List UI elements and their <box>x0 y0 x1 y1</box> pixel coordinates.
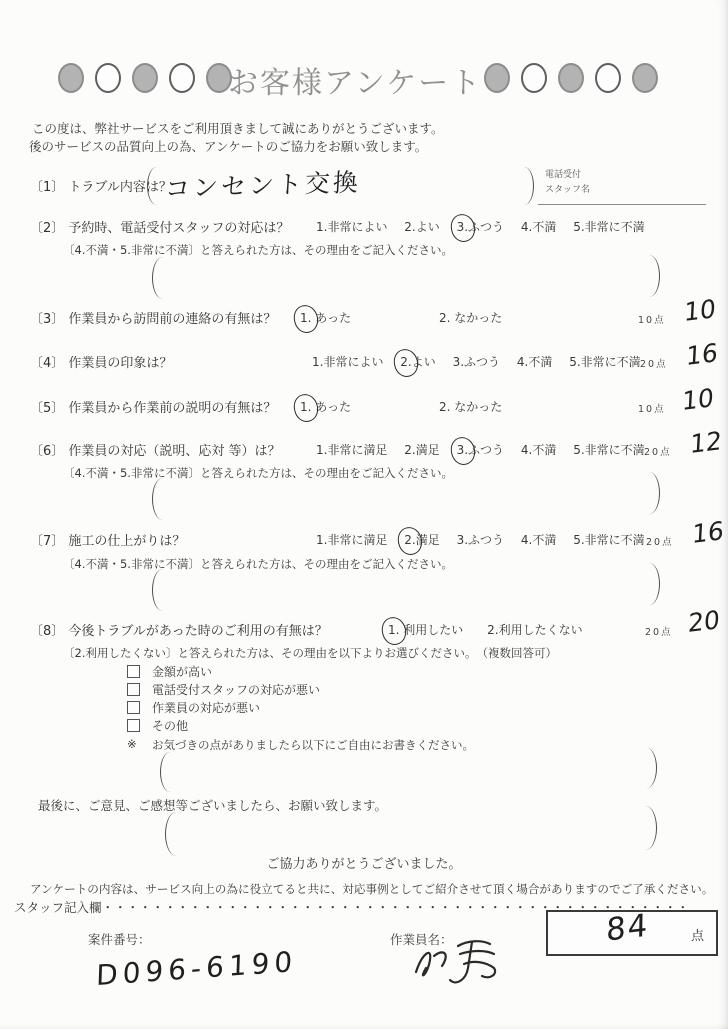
staff-name-label: スタッフ名 <box>545 184 590 197</box>
q5-option-2: 2. なかった <box>439 400 502 414</box>
q7-handwritten-score: 16 <box>691 516 724 549</box>
decorative-dots-right <box>484 63 658 93</box>
thanks-message: ご協力ありがとうございました。 <box>0 853 728 872</box>
handwritten-case-number: D096-6190 <box>96 945 298 992</box>
checkbox-phone-staff-bad-label: 電話受付スタッフの対応が悪い <box>152 681 320 698</box>
q5-option-1-circled: 1. あった <box>300 400 351 414</box>
q8-free-comment-writing-area-left <box>160 752 172 792</box>
question-2-options: 1.非常によい 2.よい 3.ふつう 4.不満 5.非常に不満 <box>316 218 658 235</box>
q4-handwritten-score: 16 <box>685 338 718 371</box>
q6-option-5: 5.非常に不満 <box>573 443 644 457</box>
answer-area-paren-right-q1 <box>522 167 534 205</box>
handwritten-trouble-answer: コンセント交換 <box>164 163 362 206</box>
checkbox-other <box>127 719 140 732</box>
question-6-label: 〔6〕 作業員の対応（説明、応対 等）は？ <box>30 440 281 459</box>
handwritten-total-score: 84 <box>606 907 650 949</box>
q8-free-comment-marker: ※ <box>127 737 137 751</box>
checkbox-other-label: その他 <box>152 717 188 734</box>
q4-option-5: 5.非常に不満 <box>569 355 640 369</box>
q7-option-3: 3.ふつう <box>457 533 504 547</box>
q2-option-2: 2.よい <box>404 220 439 234</box>
question-7-options: 1.非常に満足 2.満足 3.ふつう 4.不満 5.非常に不満 <box>316 531 658 548</box>
staff-entry-label: スタッフ記入欄 <box>14 900 102 915</box>
hand-drawn-circle: 2. <box>400 355 411 369</box>
checkbox-phone-staff-bad <box>127 683 140 696</box>
decorative-dots-left <box>58 63 232 93</box>
question-5-label: 〔5〕 作業員から作業前の説明の有無は？ <box>30 397 276 416</box>
dot-icon <box>595 63 621 93</box>
question-2-label: 〔2〕 予約時、電話受付スタッフの対応は？ <box>30 217 289 236</box>
q8-checkbox-row-other: その他 <box>127 717 188 734</box>
q7-option-4: 4.不満 <box>521 533 556 547</box>
question-6-options: 1.非常に満足 2.満足 3.ふつう 4.不満 5.非常に不満 <box>316 441 658 458</box>
checkbox-worker-bad <box>127 701 140 714</box>
q8-free-comment-note: お気づきの点がありましたら以下にご自由にお書きください。 <box>152 737 474 753</box>
answer-area-paren-left-q1 <box>147 167 159 205</box>
q7-reason-writing-area-right <box>648 563 660 605</box>
question-4-label: 〔4〕 作業員の印象は？ <box>30 352 172 371</box>
q7-reason-writing-area-left <box>152 569 164 611</box>
q8-checkbox-row-phone-staff: 電話受付スタッフの対応が悪い <box>127 681 320 698</box>
q8-points-label: 20点 <box>645 624 673 638</box>
dot-icon <box>132 63 158 93</box>
page-title: お客様アンケート <box>228 58 482 102</box>
staff-name-underline <box>538 204 706 205</box>
q6-reason-note: 〔4.不満・5.非常に不満〕と答えられた方は、その理由をご記入ください。 <box>63 465 453 481</box>
q4-option-3: 3.ふつう <box>453 355 500 369</box>
q3-points-label: 10点 <box>638 312 666 326</box>
q2-option-5: 5.非常に不満 <box>573 220 644 234</box>
total-score-box: 84 点 <box>546 910 718 956</box>
question-3-label: 〔3〕 作業員から訪問前の連絡の有無は？ <box>30 308 276 327</box>
disclaimer-text: アンケートの内容は、サービス向上の為に役立てると共に、対応事例としてご紹介させて… <box>30 881 713 897</box>
hand-drawn-circle: 3. <box>457 220 468 234</box>
q7-option-2-circled: 2.満足 <box>404 533 439 547</box>
q7-option-1: 1.非常に満足 <box>316 533 387 547</box>
q4-option-2-circled: 2.よい <box>400 355 435 369</box>
dot-icon <box>95 63 121 93</box>
q8-checkbox-row-high-price: 金額が高い <box>127 663 212 680</box>
question-8-options: 1. 利用したい 2.利用したくない <box>388 621 596 638</box>
q5-points-label: 10点 <box>638 401 666 415</box>
question-8-label: 〔8〕 今後トラブルがあった時のご利用の有無は？ <box>30 620 328 639</box>
dot-icon <box>632 63 658 93</box>
q2-reason-writing-area-left <box>152 257 164 299</box>
dot-icon <box>558 63 584 93</box>
hand-drawn-circle: 3. <box>457 443 468 457</box>
q4-option-4: 4.不満 <box>517 355 552 369</box>
dot-icon <box>521 63 547 93</box>
phone-reception-label: 電話受付 <box>545 169 581 182</box>
q2-reason-note: 〔4.不満・5.非常に不満〕と答えられた方は、その理由をご記入ください。 <box>63 242 453 258</box>
q3-option-2: 2. なかった <box>439 311 502 325</box>
final-comment-request: 最後に、ご意見、ご感想等ございましたら、お願い致します。 <box>38 796 387 814</box>
checkbox-high-price <box>127 665 140 678</box>
q6-option-4: 4.不満 <box>521 443 556 457</box>
q2-option-4: 4.不満 <box>521 220 556 234</box>
checkbox-worker-bad-label: 作業員の対応が悪い <box>152 699 260 716</box>
q7-points-label: 20点 <box>646 534 674 548</box>
dot-icon <box>484 63 510 93</box>
final-comment-writing-area-left <box>165 812 177 856</box>
question-5-options: 1. あった 2. なかった <box>300 398 515 415</box>
q6-points-label: 20点 <box>644 444 672 458</box>
q8-free-comment-writing-area-right <box>645 748 657 788</box>
q6-option-3-circled: 3.ふつう <box>457 443 504 457</box>
q8-option-1-circled: 1. 利用したい <box>388 623 463 637</box>
q4-option-1: 1.非常によい <box>312 355 383 369</box>
question-4-options: 1.非常によい 2.よい 3.ふつう 4.不満 5.非常に不満 <box>312 353 654 370</box>
q6-reason-writing-area-left <box>152 478 164 520</box>
hand-drawn-circle: 1. <box>300 311 311 325</box>
hand-drawn-circle: 1. <box>300 400 311 414</box>
q7-reason-note: 〔4.不満・5.非常に不満〕と答えられた方は、その理由をご記入ください。 <box>63 556 453 572</box>
intro-text-line1: この度は、弊社サービスをご利用頂きまして誠にありがとうございます。 <box>32 120 444 138</box>
intro-text-line2: 後のサービスの品質向上の為、アンケートのご協力をお願い致します。 <box>29 138 427 156</box>
q2-option-1: 1.非常によい <box>316 220 387 234</box>
q6-reason-writing-area-right <box>648 472 660 514</box>
q6-option-2: 2.満足 <box>404 443 439 457</box>
q2-option-3-circled: 3.ふつう <box>457 220 504 234</box>
q6-option-1: 1.非常に満足 <box>316 443 387 457</box>
worker-signature-handwriting <box>402 932 522 996</box>
q2-reason-writing-area-right <box>648 255 660 297</box>
dot-icon <box>169 63 195 93</box>
q6-handwritten-score: 12 <box>689 426 722 459</box>
q8-handwritten-score: 20 <box>687 605 720 638</box>
q3-handwritten-score: 10 <box>683 294 716 327</box>
q8-option-2: 2.利用したくない <box>487 623 582 637</box>
q7-option-5: 5.非常に不満 <box>573 533 644 547</box>
checkbox-high-price-label: 金額が高い <box>152 663 212 680</box>
hand-drawn-circle: 2. <box>404 533 415 547</box>
question-7-label: 〔7〕 施工の仕上がりは？ <box>30 530 185 549</box>
q8-checkbox-row-worker: 作業員の対応が悪い <box>127 699 260 716</box>
q8-reason-note: 〔2.利用したくない〕と答えられた方は、その理由を以下よりお選びください。 （複… <box>63 645 557 661</box>
q5-handwritten-score: 10 <box>681 383 714 416</box>
question-3-options: 1. あった 2. なかった <box>300 309 515 326</box>
dot-icon <box>58 63 84 93</box>
hand-drawn-circle: 1. <box>388 623 399 637</box>
final-comment-writing-area-right <box>645 806 657 850</box>
q4-points-label: 20点 <box>640 356 668 370</box>
points-unit-label: 点 <box>691 925 704 944</box>
case-number-label: 案件番号： <box>88 930 151 948</box>
q3-option-1-circled: 1. あった <box>300 311 351 325</box>
survey-page: お客様アンケート この度は、弊社サービスをご利用頂きまして誠にありがとうございま… <box>0 0 728 1029</box>
